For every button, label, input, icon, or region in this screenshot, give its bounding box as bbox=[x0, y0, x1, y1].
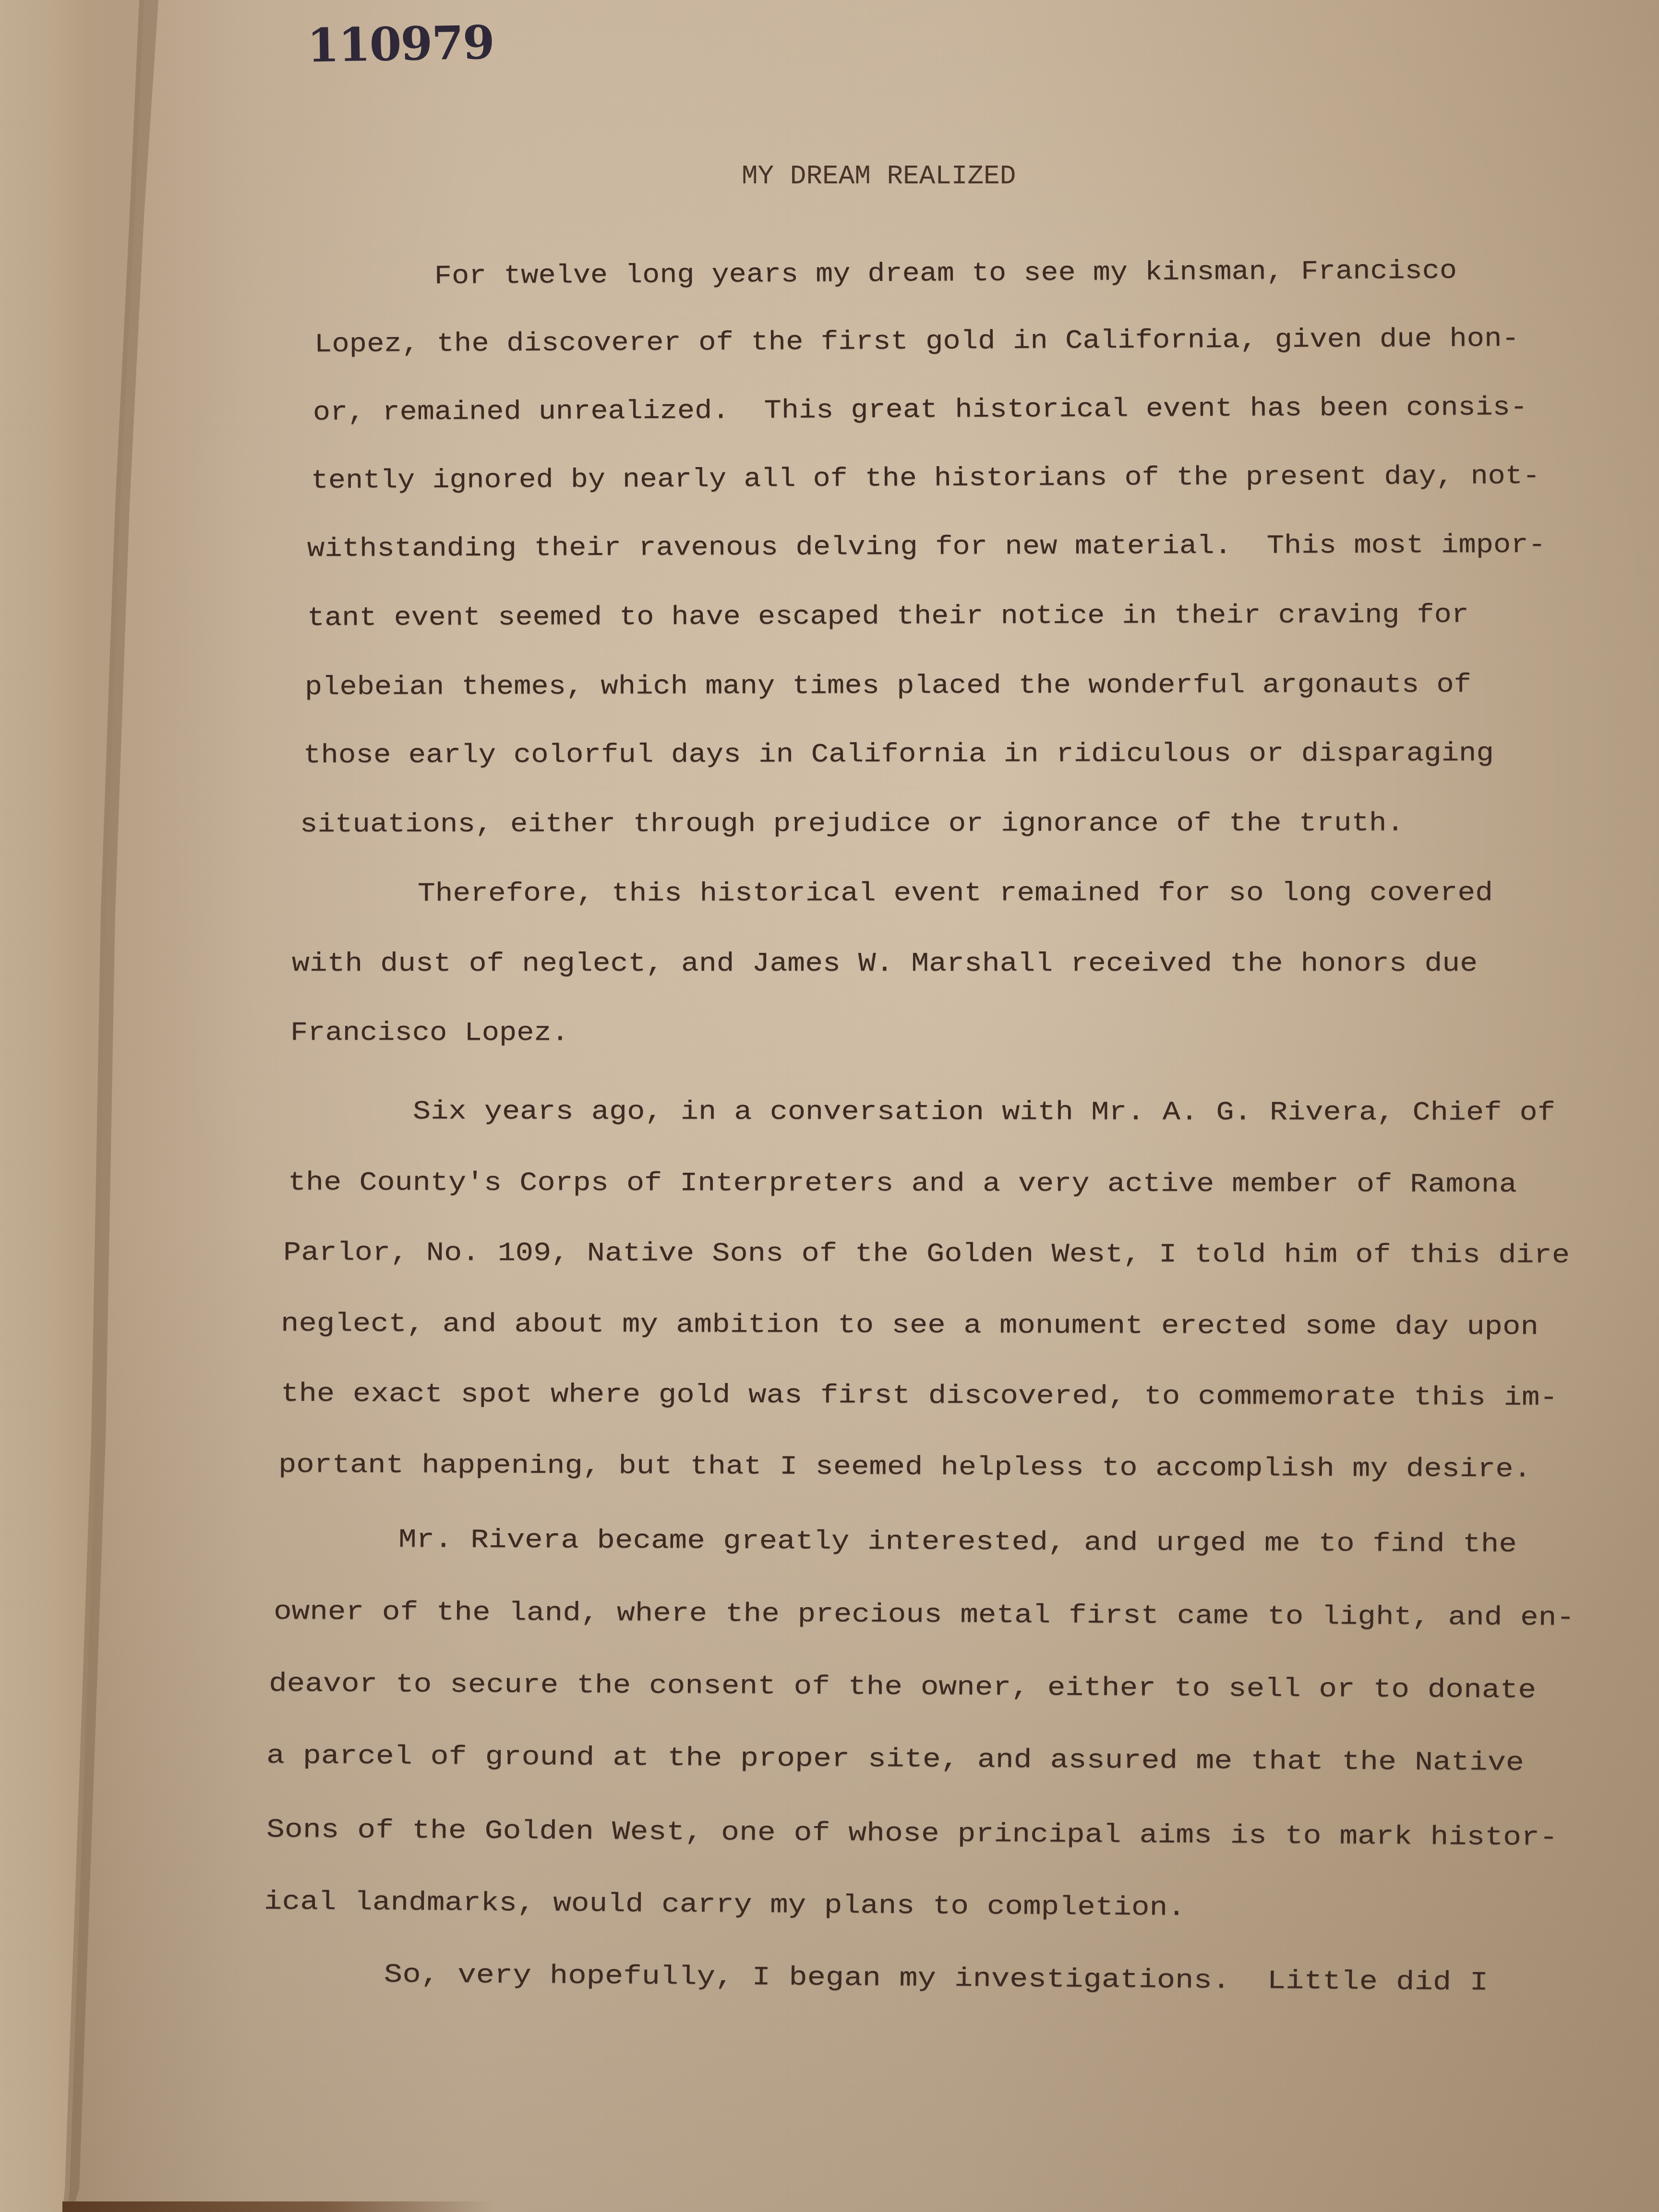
document-body: For twelve long years my dream to see my… bbox=[0, 0, 32, 818]
text-line: neglect, and about my ambition to see a … bbox=[281, 1310, 1539, 1340]
text-line: Parlor, No. 109, Native Sons of the Gold… bbox=[283, 1239, 1570, 1269]
text-line: plebeian themes, which many times placed… bbox=[305, 672, 1471, 700]
document-title: MY DREAM REALIZED bbox=[742, 161, 1016, 192]
text-line: situations, either through prejudice or … bbox=[300, 810, 1404, 838]
text-line: ical landmarks, would carry my plans to … bbox=[264, 1888, 1186, 1921]
text-line: Lopez, the discoverer of the first gold … bbox=[314, 325, 1519, 358]
text-line: owner of the land, where the precious me… bbox=[274, 1599, 1575, 1631]
text-line: tently ignored by nearly all of the hist… bbox=[311, 463, 1540, 494]
text-line: with dust of neglect, and James W. Marsh… bbox=[292, 950, 1478, 977]
text-line: Sons of the Golden West, one of whose pr… bbox=[266, 1816, 1558, 1851]
text-line: Therefore, this historical event remaine… bbox=[418, 880, 1493, 907]
text-line: tant event seemed to have escaped their … bbox=[307, 601, 1469, 631]
text-line: or, remained unrealized. This great hist… bbox=[313, 394, 1527, 426]
text-line: a parcel of ground at the proper site, a… bbox=[266, 1743, 1524, 1776]
text-line: the exact spot where gold was first disc… bbox=[281, 1381, 1558, 1411]
text-line: deavor to secure the consent of the owne… bbox=[269, 1671, 1536, 1704]
text-line: Francisco Lopez. bbox=[290, 1020, 569, 1046]
text-line: For twelve long years my dream to see my… bbox=[434, 258, 1457, 289]
text-line: the County's Corps of Interpreters and a… bbox=[288, 1169, 1517, 1198]
page-bottom-edge bbox=[62, 2201, 494, 2212]
text-line: So, very hopefully, I began my investiga… bbox=[384, 1961, 1488, 1996]
text-line: withstanding their ravenous delving for … bbox=[307, 532, 1546, 562]
text-line: portant happening, but that I seemed hel… bbox=[278, 1452, 1531, 1483]
document-number-stamp: 110979 bbox=[307, 15, 494, 73]
text-line: those early colorful days in California … bbox=[303, 740, 1494, 769]
text-line: Six years ago, in a conversation with Mr… bbox=[413, 1098, 1555, 1126]
text-line: Mr. Rivera became greatly interested, an… bbox=[398, 1527, 1517, 1558]
